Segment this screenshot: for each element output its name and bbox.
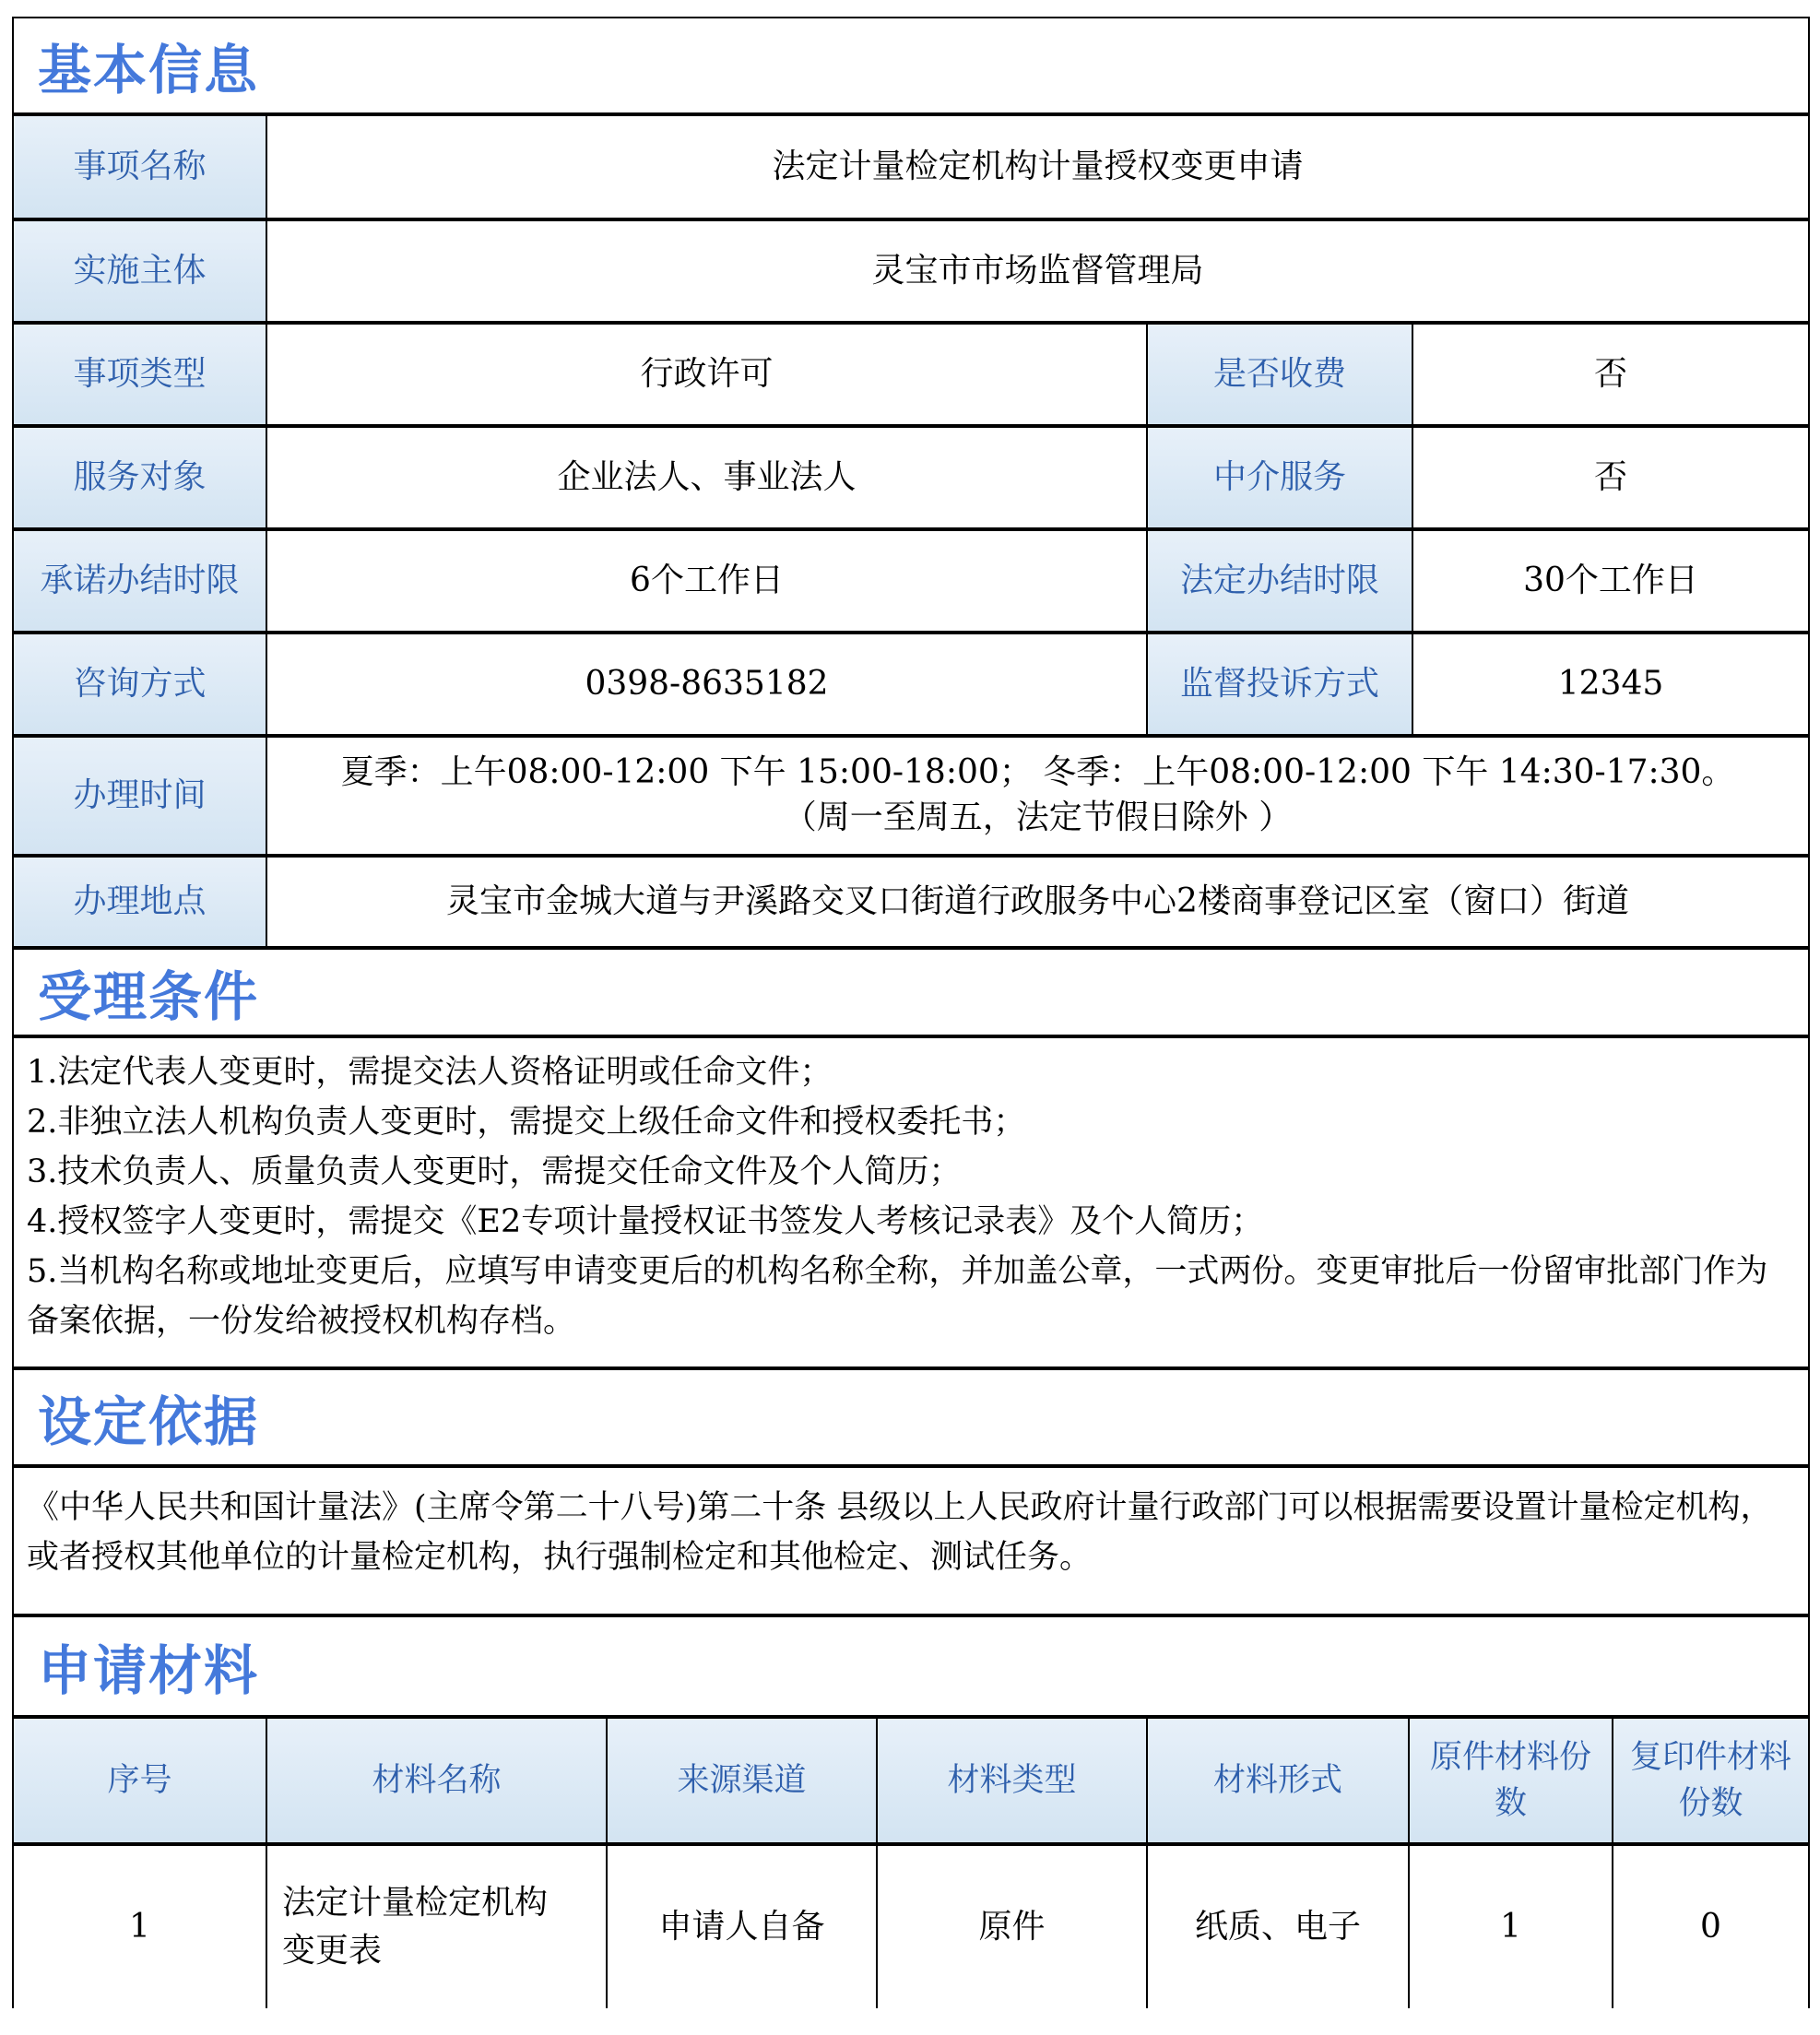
cell-source: 申请人自备 [607, 1844, 877, 2008]
field-label-promised-limit: 承诺办结时限 [14, 529, 266, 633]
column-header-copies: 复印件材料份数 [1613, 1719, 1808, 1844]
section-title-text: 申请材料 [38, 1627, 259, 1705]
field-value-item-type: 行政许可 [266, 323, 1147, 426]
cell-form: 纸质、电子 [1147, 1844, 1409, 2008]
table-row: 办理地点 灵宝市金城大道与尹溪路交叉口街道行政服务中心2楼商事登记区室（窗口）街… [14, 856, 1808, 948]
condition-line: 4.授权签字人变更时，需提交《E2专项计量授权证书签发人考核记录表》及个人简历； [27, 1197, 1795, 1247]
column-header-originals: 原件材料份数 [1409, 1719, 1613, 1844]
column-header-type: 材料类型 [877, 1719, 1147, 1844]
materials-table: 序号 材料名称 来源渠道 材料类型 材料形式 原件材料份数 复印件材料份数 1 … [14, 1719, 1808, 2008]
table-row: 事项名称 法定计量检定机构计量授权变更申请 [14, 116, 1808, 219]
section-title-application-materials: 申请材料 [14, 1617, 1808, 1719]
field-label-office-location: 办理地点 [14, 856, 266, 948]
field-label-implementing-body: 实施主体 [14, 219, 266, 323]
field-label-statutory-limit: 法定办结时限 [1147, 529, 1412, 633]
field-value-office-hours: 夏季：上午08:00-12:00 下午 15:00-18:00； 冬季：上午08… [266, 736, 1808, 856]
field-value-promised-limit: 6个工作日 [266, 529, 1147, 633]
cell-name: 法定计量检定机构变更表 [266, 1844, 607, 2008]
table-row: 实施主体 灵宝市市场监督管理局 [14, 219, 1808, 323]
table-row: 服务对象 企业法人、事业法人 中介服务 否 [14, 426, 1808, 529]
section-title-basic-info: 基本信息 [14, 18, 1808, 116]
table-row: 咨询方式 0398-8635182 监督投诉方式 12345 [14, 633, 1808, 736]
service-info-sheet: 基本信息 事项名称 法定计量检定机构计量授权变更申请 实施主体 灵宝市市场监督管… [12, 17, 1810, 2008]
cell-originals: 1 [1409, 1844, 1613, 2008]
condition-line: 2.非独立法人机构负责人变更时，需提交上级任命文件和授权委托书； [27, 1097, 1795, 1147]
column-header-source: 来源渠道 [607, 1719, 877, 1844]
field-value-intermediary: 否 [1412, 426, 1808, 529]
materials-data-row: 1 法定计量检定机构变更表 申请人自备 原件 纸质、电子 1 0 [14, 1844, 1808, 2008]
field-label-office-hours: 办理时间 [14, 736, 266, 856]
field-value-service-target: 企业法人、事业法人 [266, 426, 1147, 529]
field-value-complaint-phone: 12345 [1412, 633, 1808, 736]
field-label-item-name: 事项名称 [14, 116, 266, 219]
field-label-complaint-phone: 监督投诉方式 [1147, 633, 1412, 736]
table-row: 办理时间 夏季：上午08:00-12:00 下午 15:00-18:00； 冬季… [14, 736, 1808, 856]
section-title-text: 基本信息 [38, 27, 259, 104]
cell-no: 1 [14, 1844, 266, 2008]
field-value-office-location: 灵宝市金城大道与尹溪路交叉口街道行政服务中心2楼商事登记区室（窗口）街道 [266, 856, 1808, 948]
cell-type: 原件 [877, 1844, 1147, 2008]
acceptance-conditions-content: 1.法定代表人变更时，需提交法人资格证明或任命文件； 2.非独立法人机构负责人变… [14, 1038, 1808, 1370]
column-header-form: 材料形式 [1147, 1719, 1409, 1844]
field-value-charged: 否 [1412, 323, 1808, 426]
section-title-text: 设定依据 [38, 1378, 259, 1456]
legal-basis-content: 《中华人民共和国计量法》(主席令第二十八号)第二十条 县级以上人民政府计量行政部… [14, 1468, 1808, 1617]
field-label-item-type: 事项类型 [14, 323, 266, 426]
condition-line: 1.法定代表人变更时，需提交法人资格证明或任命文件； [27, 1047, 1795, 1097]
cell-copies: 0 [1613, 1844, 1808, 2008]
field-value-item-name: 法定计量检定机构计量授权变更申请 [266, 116, 1808, 219]
column-header-no: 序号 [14, 1719, 266, 1844]
field-label-service-target: 服务对象 [14, 426, 266, 529]
field-label-consult-phone: 咨询方式 [14, 633, 266, 736]
basic-info-table: 事项名称 法定计量检定机构计量授权变更申请 实施主体 灵宝市市场监督管理局 事项… [14, 116, 1808, 950]
condition-line: 5.当机构名称或地址变更后，应填写申请变更后的机构名称全称，并加盖公章，一式两份… [27, 1247, 1795, 1346]
field-value-statutory-limit: 30个工作日 [1412, 529, 1808, 633]
field-label-intermediary: 中介服务 [1147, 426, 1412, 529]
office-hours-line2: （周一至周五，法定节假日除外 ） [277, 796, 1799, 841]
section-title-text: 受理条件 [38, 953, 259, 1031]
column-header-name: 材料名称 [266, 1719, 607, 1844]
office-hours-line1: 夏季：上午08:00-12:00 下午 15:00-18:00； 冬季：上午08… [277, 751, 1799, 796]
materials-header-row: 序号 材料名称 来源渠道 材料类型 材料形式 原件材料份数 复印件材料份数 [14, 1719, 1808, 1844]
table-row: 事项类型 行政许可 是否收费 否 [14, 323, 1808, 426]
section-title-legal-basis: 设定依据 [14, 1370, 1808, 1468]
field-value-implementing-body: 灵宝市市场监督管理局 [266, 219, 1808, 323]
section-title-acceptance-conditions: 受理条件 [14, 950, 1808, 1038]
table-row: 承诺办结时限 6个工作日 法定办结时限 30个工作日 [14, 529, 1808, 633]
field-label-charged: 是否收费 [1147, 323, 1412, 426]
field-value-consult-phone: 0398-8635182 [266, 633, 1147, 736]
condition-line: 3.技术负责人、质量负责人变更时，需提交任命文件及个人简历； [27, 1147, 1795, 1197]
